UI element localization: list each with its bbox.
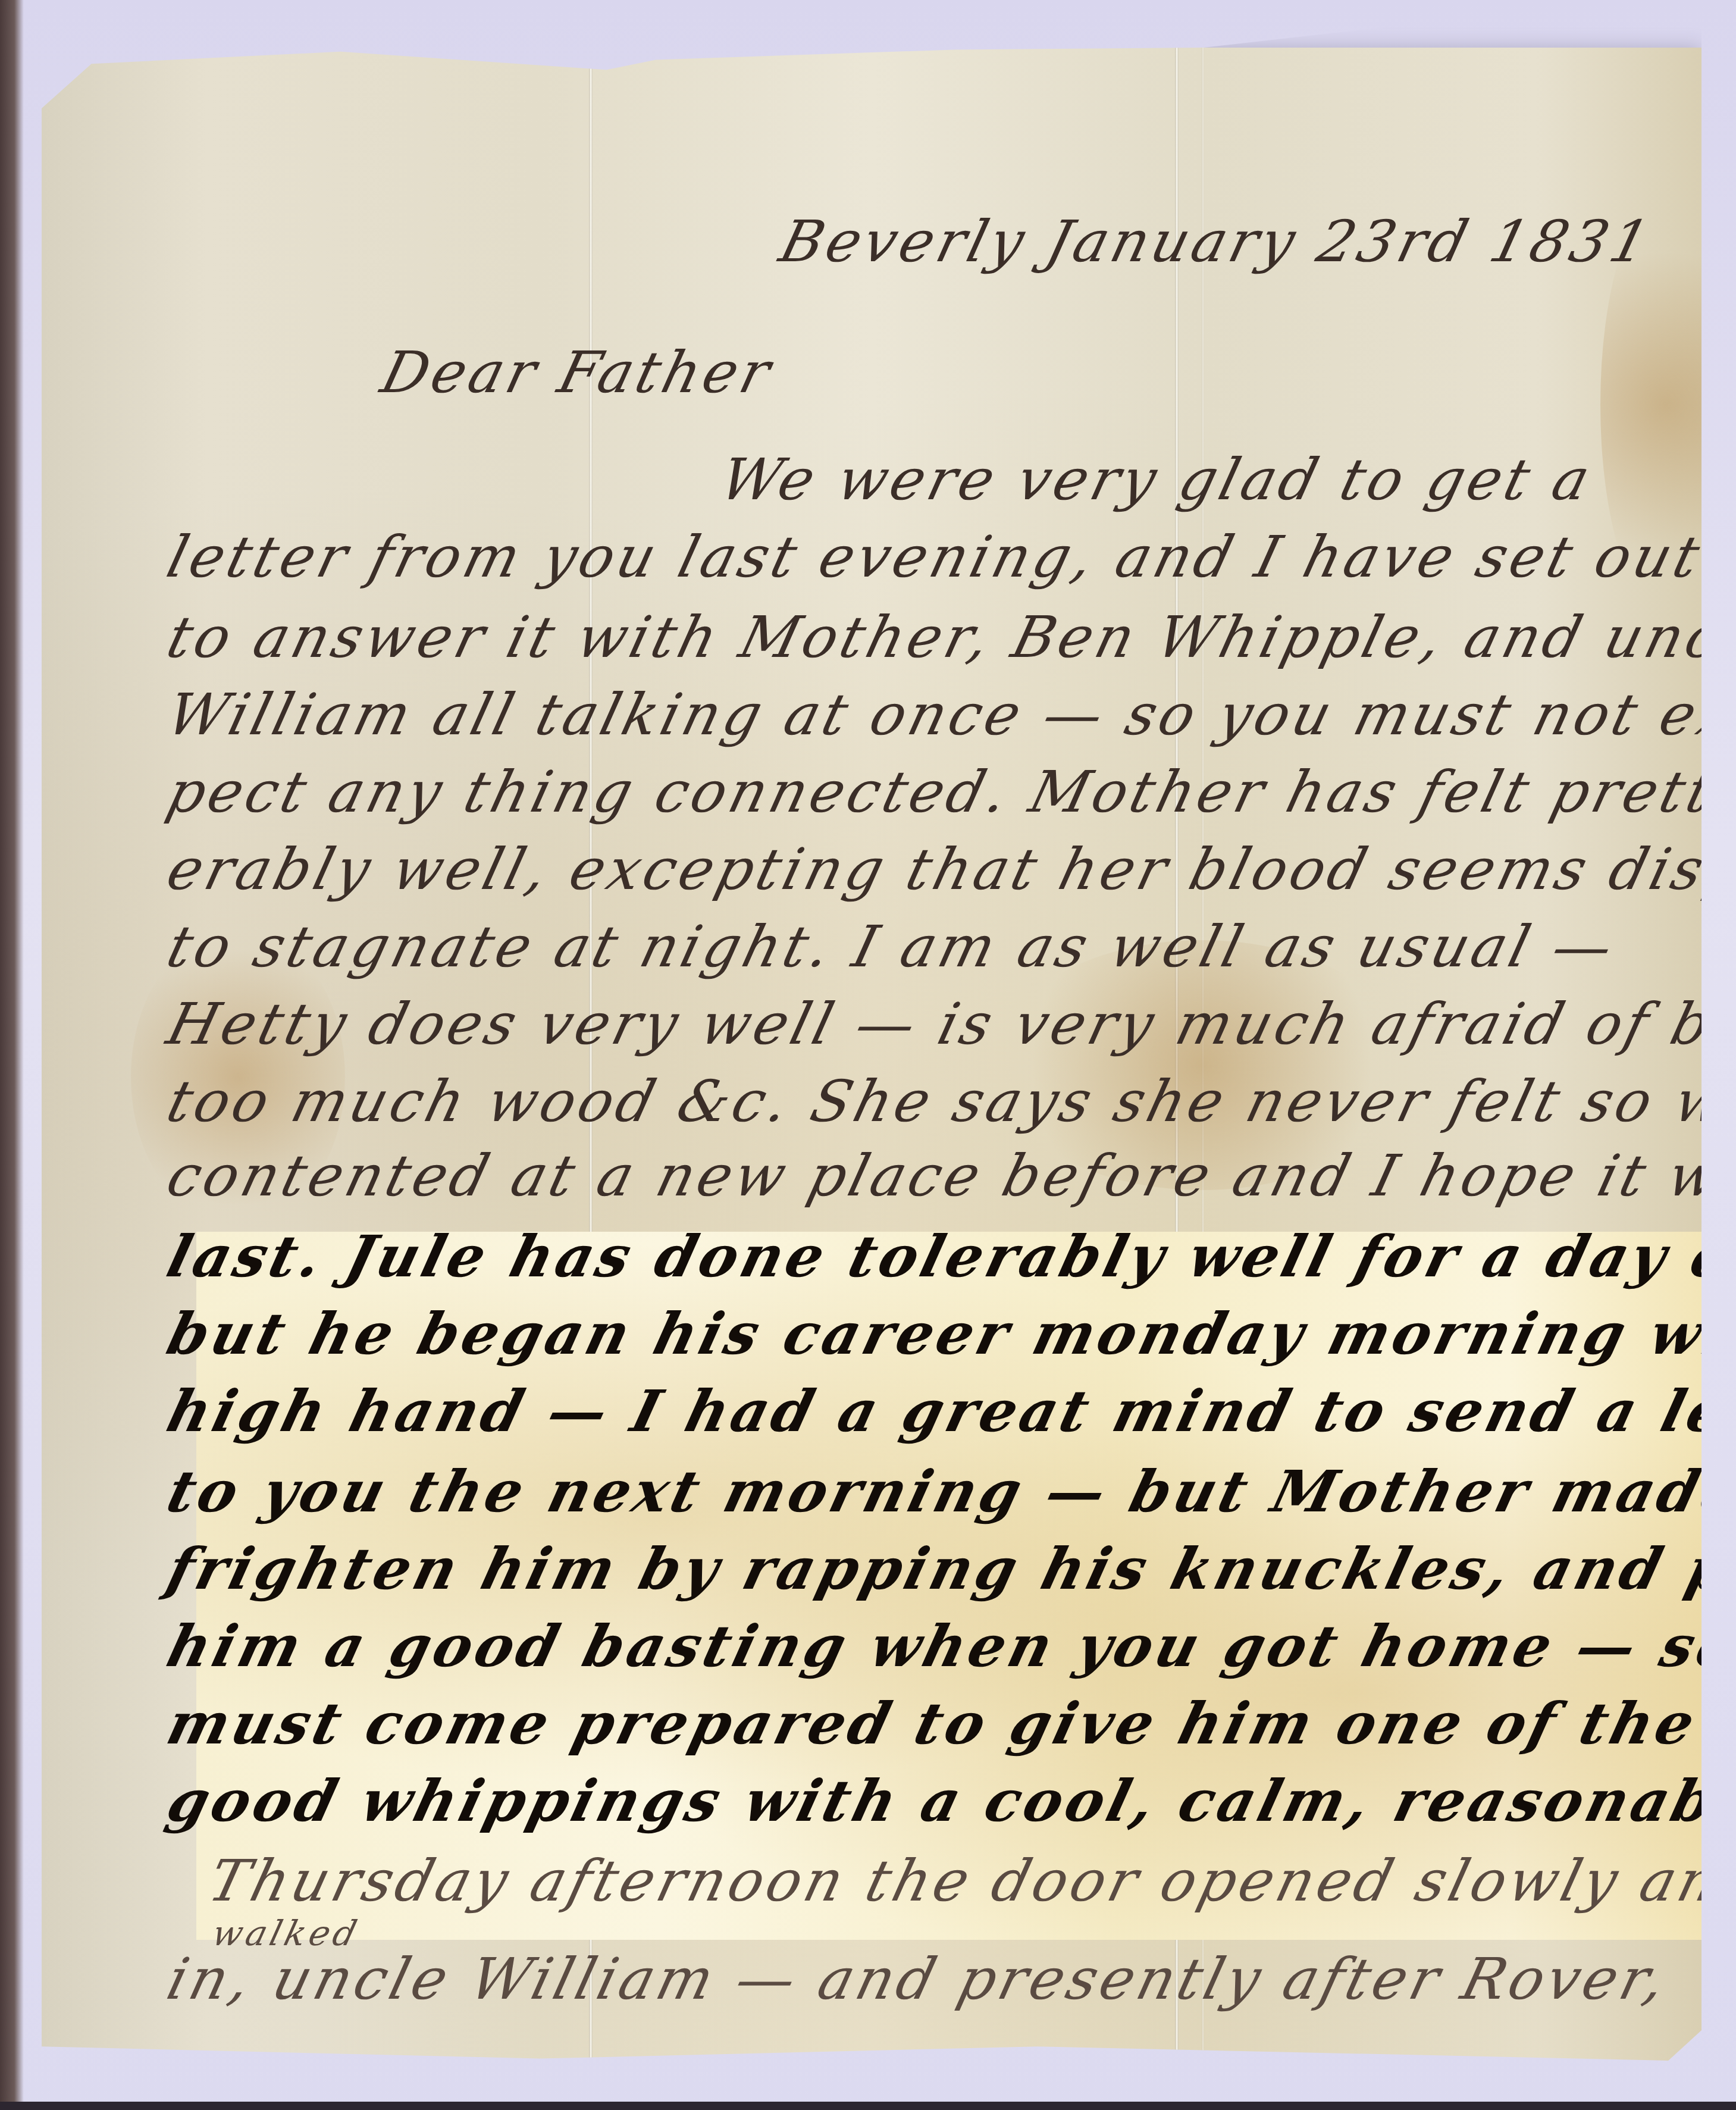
letter-line-6: erably well, excepting that her blood se… <box>161 836 1736 903</box>
letter-line-3: to answer it with Mother, Ben Whipple, a… <box>161 604 1736 671</box>
letter-line-15: frighten him by rapping his knuckles, an… <box>161 1535 1736 1602</box>
letter-line-13: high hand — I had a great mind to send a… <box>161 1378 1736 1445</box>
letter-place-date: Beverly January 23rd 1831 <box>773 208 1659 275</box>
letter-line-20: in, uncle William — and presently after … <box>161 1946 1676 2012</box>
letter-line-16: him a good basting when you got home — s… <box>161 1613 1736 1680</box>
letter-line-7: to stagnate at night. I am as well as us… <box>161 913 1623 980</box>
letter-line-5: pect any thing connected. Mother has fel… <box>161 759 1736 825</box>
letter-line-9: too much wood &c. She says she never fel… <box>161 1068 1736 1135</box>
photo-bottom-edge <box>0 2102 1736 2110</box>
letter-line-1: We were very glad to get a <box>714 446 1600 513</box>
letter-sheet: Beverly January 23rd 1831 Dear Father We… <box>42 48 1701 2071</box>
letter-line-19: Thursday afternoon the door opened slowl… <box>202 1848 1736 1914</box>
letter-salutation: Dear Father <box>375 339 781 406</box>
letter-line-4: William all talking at once — so you mus… <box>161 681 1736 748</box>
photo-dark-edge <box>0 0 24 2110</box>
letter-line-17: must come prepared to give him one of th… <box>161 1690 1736 1757</box>
letter-line-14: to you the next morning — but Mother mad… <box>161 1458 1736 1525</box>
letter-line-2: letter from you last evening, and I have… <box>161 524 1709 590</box>
letter-line-11: last. Jule has done tolerably well for a… <box>161 1223 1736 1290</box>
letter-line-10: contented at a new place before and I ho… <box>161 1142 1736 1209</box>
letter-line-12: but he began his career monday morning w… <box>161 1300 1736 1367</box>
letter-line-8: Hetty does very well — is very much afra… <box>161 991 1736 1057</box>
letter-line-18: good whippings with a cool, calm, reason… <box>161 1767 1736 1834</box>
